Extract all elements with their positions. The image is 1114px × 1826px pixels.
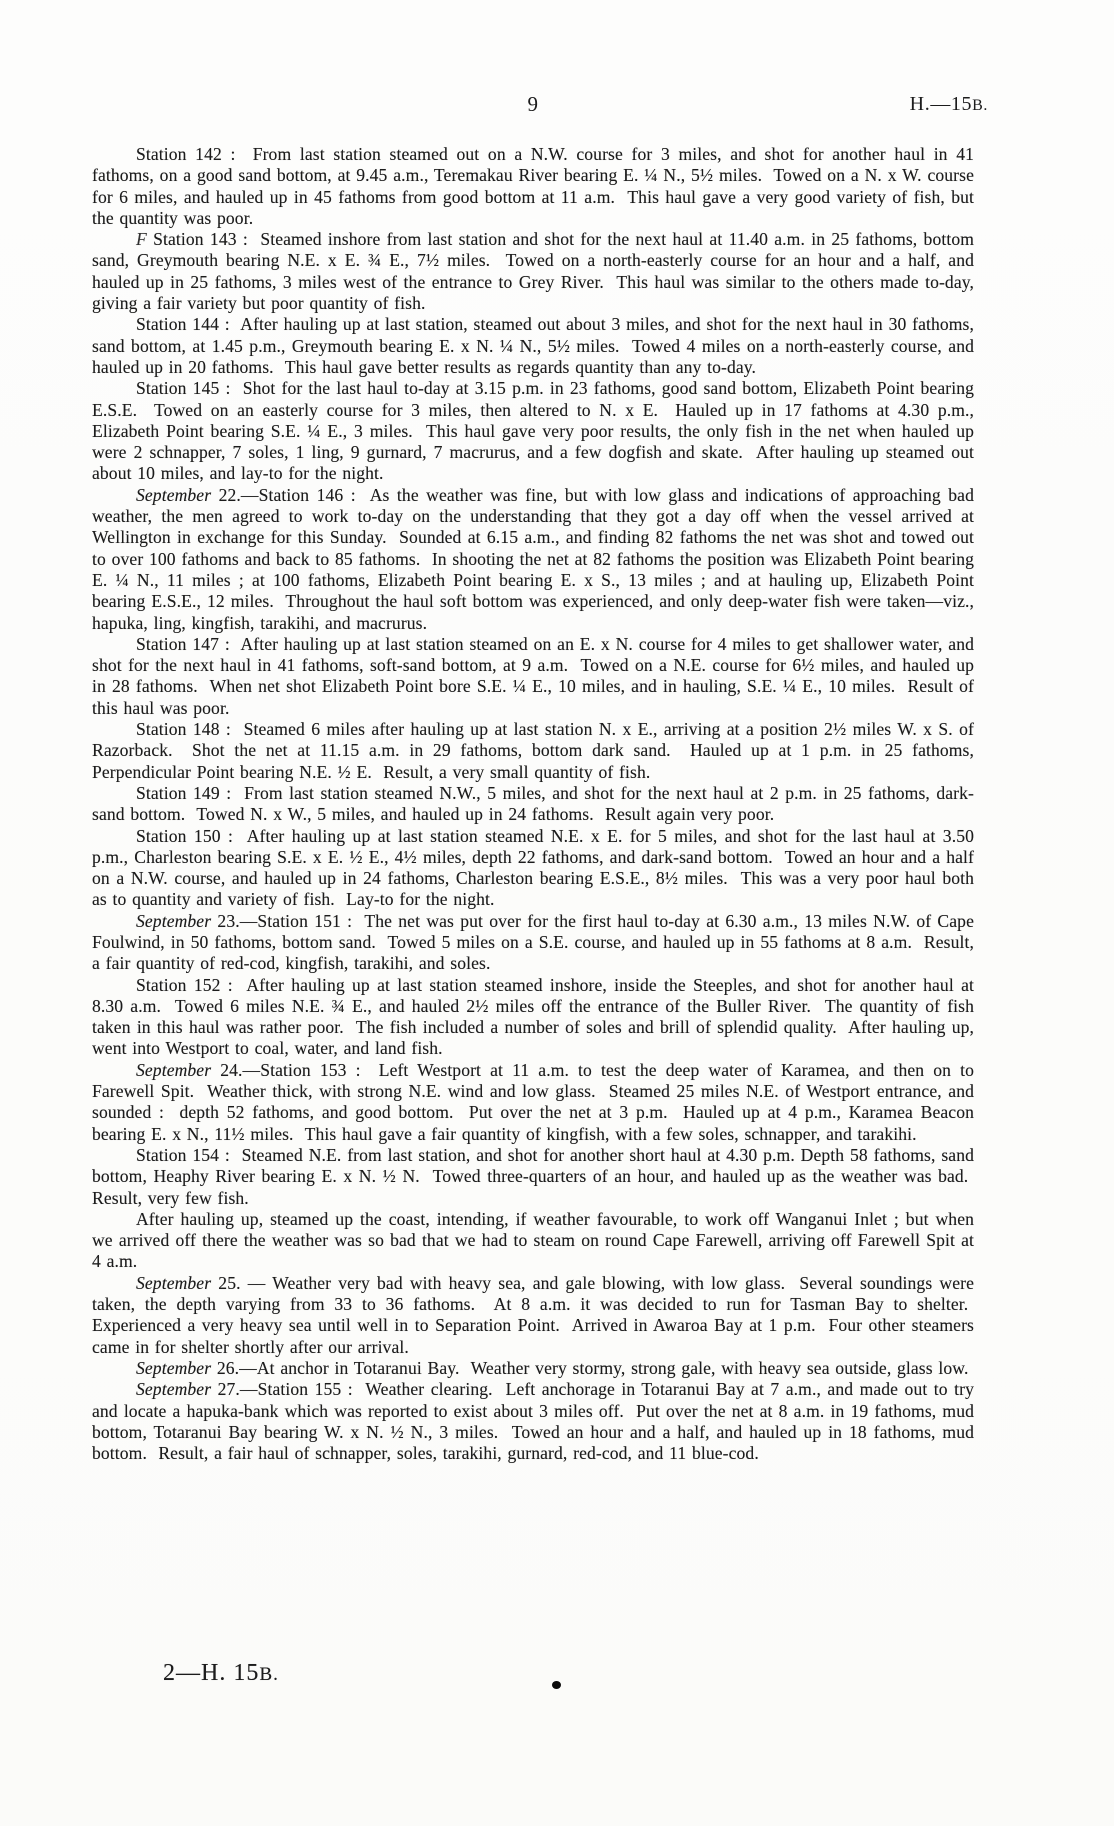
paragraph-station-147: Station 147 : After hauling up at last s… xyxy=(92,634,974,719)
paragraph-september-25: September 25. — Weather very bad with he… xyxy=(92,1273,974,1358)
paragraph-station-152: Station 152 : After hauling up at last s… xyxy=(92,975,974,1060)
paragraph-text: 27.—Station 155 : Weather clearing. Left… xyxy=(92,1379,974,1463)
paragraph-september-24-station-153: September 24.—Station 153 : Left Westpor… xyxy=(92,1060,974,1145)
paragraph-text: Station 149 : From last station steamed … xyxy=(92,783,974,824)
document-page: 9 H.—15B. Station 142 : From last statio… xyxy=(0,0,1114,1826)
paragraph-text: Station 147 : After hauling up at last s… xyxy=(92,634,974,718)
paragraph-text: After hauling up, steamed up the coast, … xyxy=(92,1209,974,1272)
paragraph-text: 25. — Weather very bad with heavy sea, a… xyxy=(92,1273,974,1357)
paragraph-text: Station 145 : Shot for the last haul to-… xyxy=(92,378,974,483)
paragraph-station-143: F Station 143 : Steamed inshore from las… xyxy=(92,229,974,314)
document-reference-suffix: B. xyxy=(972,97,988,114)
paragraph-text: Station 143 : Steamed inshore from last … xyxy=(92,229,974,313)
paragraph-september-23-station-151: September 23.—Station 151 : The net was … xyxy=(92,911,974,975)
document-reference-main: H.—15 xyxy=(910,93,972,115)
paragraph-station-148: Station 148 : Steamed 6 miles after haul… xyxy=(92,719,974,783)
paragraph-september-26: September 26.—At anchor in Totaranui Bay… xyxy=(92,1358,974,1379)
paragraph-text: Station 142 : From last station steamed … xyxy=(92,144,974,228)
paragraph-text: Station 148 : Steamed 6 miles after haul… xyxy=(92,719,974,782)
paragraph-station-145: Station 145 : Shot for the last haul to-… xyxy=(92,378,974,484)
date-lead: September xyxy=(136,485,211,505)
page-header: 9 H.—15B. xyxy=(92,92,974,122)
date-lead: September xyxy=(136,1060,211,1080)
paragraph-station-150: Station 150 : After hauling up at last s… xyxy=(92,826,974,911)
paragraph-text: Station 150 : After hauling up at last s… xyxy=(92,826,974,910)
page-number: 9 xyxy=(92,92,974,117)
report-body: Station 142 : From last station steamed … xyxy=(92,144,974,1464)
text-block: 9 H.—15B. Station 142 : From last statio… xyxy=(92,92,974,1464)
date-lead: September xyxy=(136,1273,211,1293)
paragraph-station-142: Station 142 : From last station steamed … xyxy=(92,144,974,229)
paragraph-text: 26.—At anchor in Totaranui Bay. Weather … xyxy=(211,1358,968,1378)
paragraph-station-144: Station 144 : After hauling up at last s… xyxy=(92,314,974,378)
paragraph-september-22-station-146: September 22.—Station 146 : As the weath… xyxy=(92,485,974,634)
date-lead: September xyxy=(136,1358,211,1378)
paragraph-text: Station 154 : Steamed N.E. from last sta… xyxy=(92,1145,974,1208)
paragraph-text: 24.—Station 153 : Left Westport at 11 a.… xyxy=(92,1060,974,1144)
date-lead: September xyxy=(136,1379,211,1399)
paragraph-station-154: Station 154 : Steamed N.E. from last sta… xyxy=(92,1145,974,1209)
paragraph-after-hauling-up: After hauling up, steamed up the coast, … xyxy=(92,1209,974,1273)
paragraph-text: Station 144 : After hauling up at last s… xyxy=(92,314,974,377)
proof-mark: F xyxy=(136,229,153,249)
paragraph-september-27-station-155: September 27.—Station 155 : Weather clea… xyxy=(92,1379,974,1464)
date-lead: September xyxy=(136,911,211,931)
signature-suffix: B. xyxy=(259,1664,279,1685)
paragraph-station-149: Station 149 : From last station steamed … xyxy=(92,783,974,826)
paragraph-text: 23.—Station 151 : The net was put over f… xyxy=(92,911,974,974)
ink-spot xyxy=(552,1681,561,1689)
paragraph-text: 22.—Station 146 : As the weather was fin… xyxy=(92,485,974,633)
signature-line: 2—H. 15B. xyxy=(163,1660,279,1687)
signature-main: 2—H. 15 xyxy=(163,1660,259,1686)
document-reference: H.—15B. xyxy=(910,93,988,116)
paragraph-text: Station 152 : After hauling up at last s… xyxy=(92,975,974,1059)
